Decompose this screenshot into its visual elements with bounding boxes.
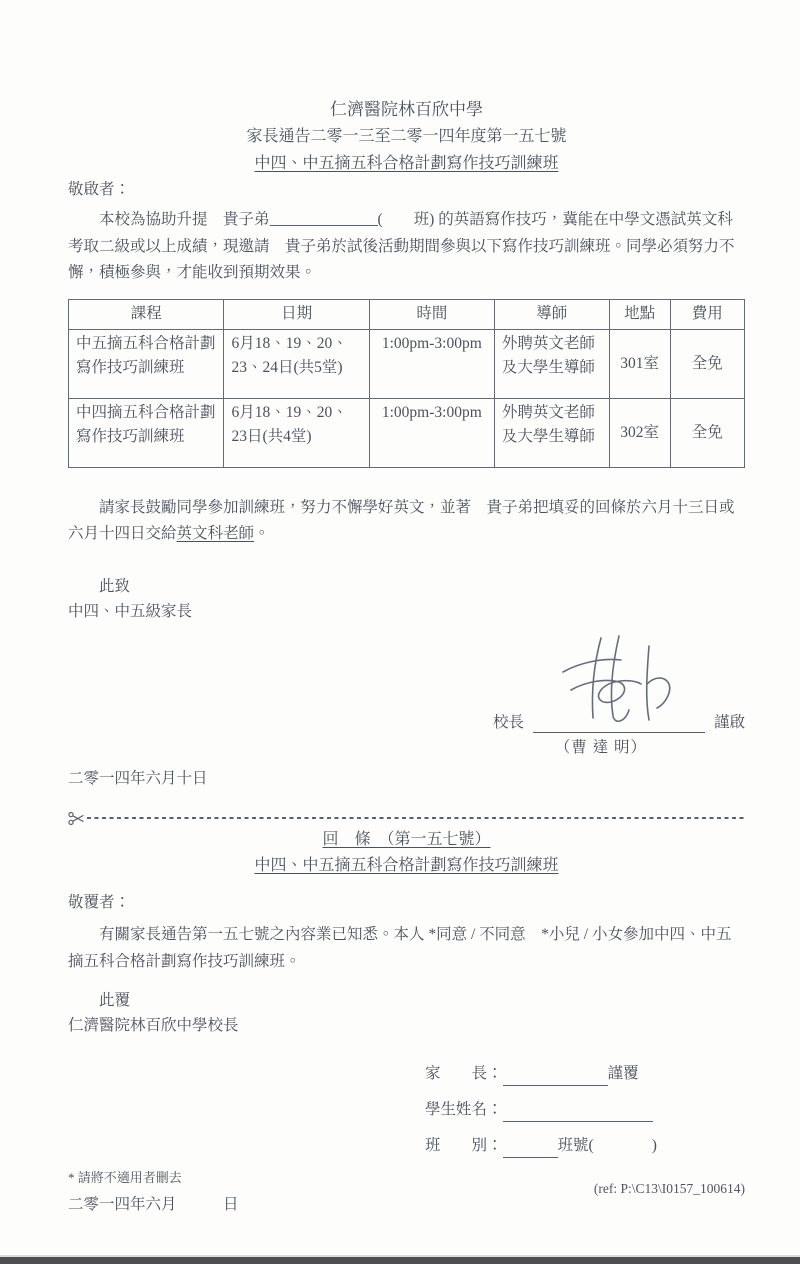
intro-text-before: 本校為協助升提 貴子弟	[99, 211, 270, 228]
reply-body: 有關家長通告第一五七號之內容業已知悉。本人 *同意 / 不同意 *小兒 / 小女…	[68, 921, 745, 975]
header-cell-date: 日期	[224, 299, 369, 329]
scan-edge-artifact	[0, 1257, 800, 1264]
reminder-text-after: 。	[254, 525, 270, 542]
cell-venue: 302室	[609, 398, 670, 467]
reply-salutation: 敬覆者：	[68, 892, 745, 913]
reply-form-fields: 家 長： 謹覆 學生姓名： 班 別： 班號( )	[425, 1062, 745, 1158]
class-label: 班 別：	[425, 1134, 503, 1158]
parent-field-row: 家 長： 謹覆	[425, 1062, 745, 1086]
scissors-icon	[68, 811, 85, 826]
intro-paragraph: 本校為協助升提 貴子弟( 班) 的英語寫作技巧，冀能在中學文憑試英文科考取二級或…	[68, 207, 745, 287]
reply-slip-subtitle: 中四、中五摘五科合格計劃寫作技巧訓練班	[254, 857, 558, 874]
reminder-text-before: 請家長鼓勵同學參加訓練班，努力不懈學好英文，並著 貴子弟把填妥的回條於六月十三日…	[68, 499, 735, 543]
notice-sheet: 仁濟醫院林百欣中學 家長通告二零一三至二零一四年度第一五七號 中四、中五摘五科合…	[68, 99, 745, 1215]
cell-time: 1:00pm-3:00pm	[369, 398, 494, 467]
student-name-label: 學生姓名：	[425, 1098, 503, 1122]
cell-fee: 全免	[670, 398, 744, 467]
principal-signature	[533, 632, 683, 732]
notice-number-line: 家長通告二零一三至二零一四年度第一五七號	[68, 126, 745, 147]
class-field-row: 班 別： 班號( )	[425, 1134, 745, 1158]
notice-title: 中四、中五摘五科合格計劃寫作技巧訓練班	[254, 155, 558, 172]
file-reference: (ref: P:\C13\I0157_100614)	[594, 1178, 745, 1199]
cut-line	[68, 811, 745, 826]
table-row: 中四摘五科合格計劃寫作技巧訓練班 6月18、19、20、23日(共4堂) 1:0…	[69, 398, 745, 467]
closing-recipient: 中四、中五級家長	[68, 601, 745, 622]
student-name-field-blank	[503, 1106, 653, 1122]
header-cell-tutor: 導師	[494, 299, 609, 329]
parent-label: 家 長：	[425, 1062, 503, 1086]
cell-course: 中五摘五科合格計劃寫作技巧訓練班	[69, 329, 224, 398]
notice-title-wrap: 中四、中五摘五科合格計劃寫作技巧訓練班	[68, 153, 745, 174]
cell-time: 1:00pm-3:00pm	[369, 329, 494, 398]
reply-slip-title: 回 條 （第一五七號）	[322, 831, 490, 848]
reminder-underlined-text: 英文科老師	[177, 525, 255, 542]
reminder-paragraph: 請家長鼓勵同學參加訓練班，努力不懈學好英文，並著 貴子弟把填妥的回條於六月十三日…	[68, 495, 745, 548]
closing-salute: 此致	[99, 576, 745, 597]
reply-slip-title-wrap: 回 條 （第一五七號）	[68, 829, 745, 850]
reply-addressee: 仁濟醫院林百欣中學校長	[68, 1015, 745, 1036]
table-header-row: 課程 日期 時間 導師 地點 費用	[69, 299, 745, 329]
reply-closing-salute: 此覆	[99, 990, 745, 1011]
class-number-close: )	[652, 1134, 657, 1158]
parent-suffix: 謹覆	[608, 1062, 639, 1086]
cell-venue: 301室	[609, 329, 670, 398]
salutation: 敬啟者：	[68, 179, 745, 200]
header-cell-venue: 地點	[609, 299, 670, 329]
cell-tutor: 外聘英文老師及大學生導師	[494, 398, 609, 467]
course-table: 課程 日期 時間 導師 地點 費用 中五摘五科合格計劃寫作技巧訓練班 6月18、…	[68, 299, 745, 468]
header-cell-time: 時間	[369, 299, 494, 329]
parent-signature-blank	[503, 1070, 608, 1086]
principal-label: 校長	[493, 712, 524, 733]
cell-fee: 全免	[670, 329, 744, 398]
student-name-blank	[270, 210, 378, 226]
student-name-field-row: 學生姓名：	[425, 1098, 745, 1122]
notice-date: 二零一四年六月十日	[68, 768, 745, 789]
header-cell-fee: 費用	[670, 299, 744, 329]
scanned-notice-page: 仁濟醫院林百欣中學 家長通告二零一三至二零一四年度第一五七號 中四、中五摘五科合…	[0, 0, 800, 1264]
cut-dashed-rule	[87, 817, 745, 819]
respectfully-label: 謹啟	[714, 712, 745, 733]
cell-date: 6月18、19、20、23、24日(共5堂)	[224, 329, 369, 398]
cell-course: 中四摘五科合格計劃寫作技巧訓練班	[69, 398, 224, 467]
table-row: 中五摘五科合格計劃寫作技巧訓練班 6月18、19、20、23、24日(共5堂) …	[69, 329, 745, 398]
school-name: 仁濟醫院林百欣中學	[68, 99, 745, 120]
class-number-open: 班號(	[558, 1134, 594, 1158]
cell-tutor: 外聘英文老師及大學生導師	[494, 329, 609, 398]
principal-name: （曹 達 明）	[68, 737, 745, 758]
class-field-blank	[503, 1142, 558, 1158]
cell-date: 6月18、19、20、23日(共4堂)	[224, 398, 369, 467]
header-cell-course: 課程	[69, 299, 224, 329]
reply-slip-subtitle-wrap: 中四、中五摘五科合格計劃寫作技巧訓練班	[68, 855, 745, 876]
